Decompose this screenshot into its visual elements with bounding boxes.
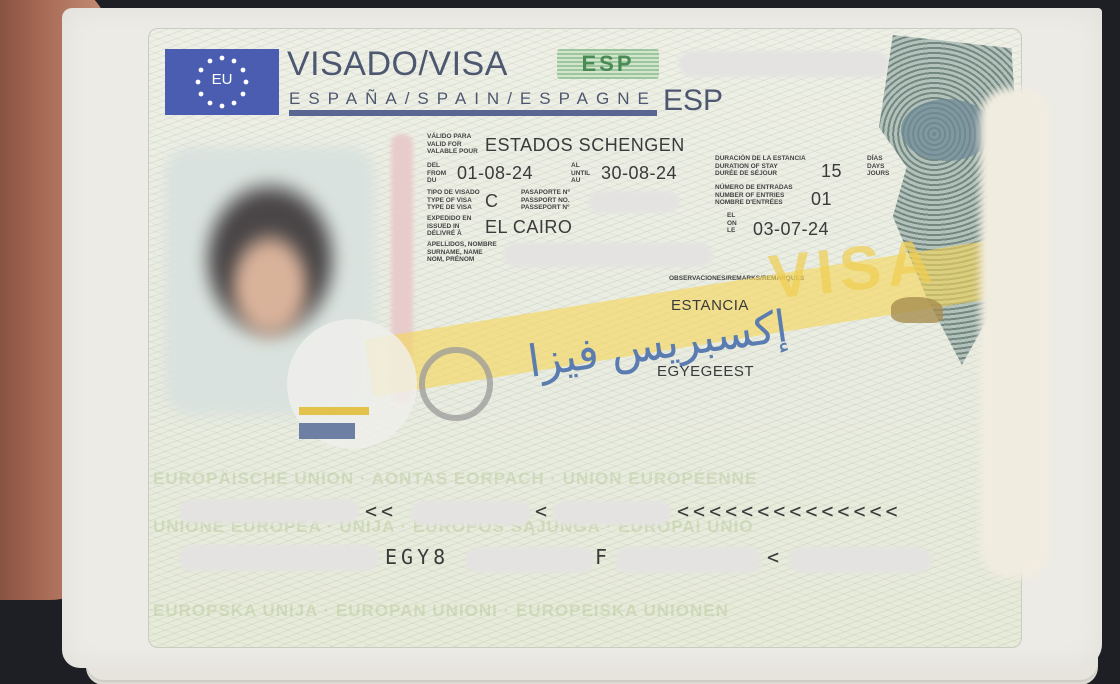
security-emblem-icon <box>419 347 493 421</box>
visa-sticker: EUROPÄISCHE UNION · AONTAS EORPACH · UNI… <box>148 28 1022 648</box>
redacted-mrz <box>553 501 671 525</box>
valid-for-label: VÁLIDO PARA VALID FOR VALABLE POUR <box>427 133 478 156</box>
until-value: 30-08-24 <box>601 163 677 184</box>
redacted-page-edge <box>980 88 1050 578</box>
remarks-line-2: EGYEGEEST <box>657 363 754 380</box>
redacted-holder-name <box>504 243 712 267</box>
redacted-mrz <box>179 499 359 523</box>
issued-in-value: EL CAIRO <box>485 217 572 238</box>
background-text-line: EUROPSKA UNIJA · EUROPAN UNIONI · EUROPE… <box>153 601 729 621</box>
name-label: APELLIDOS, NOMBRE SURNAME, NAME NOM, PRÉ… <box>427 241 497 264</box>
redacted-mrz <box>465 547 595 573</box>
duration-value: 15 <box>821 161 842 182</box>
visa-type-value: C <box>485 191 499 212</box>
entries-label: NÚMERO DE ENTRADAS NUMBER OF ENTRIES NOM… <box>715 184 793 207</box>
mrz-line-2-part: < <box>767 545 783 569</box>
redacted-mrz <box>615 547 761 573</box>
esp-hologram: ESP <box>557 49 659 79</box>
redacted-mrz <box>179 545 379 571</box>
redacted-passport-number <box>589 191 679 213</box>
background-text-line: EUROPÄISCHE UNION · AONTAS EORPACH · UNI… <box>153 469 757 489</box>
entries-value: 01 <box>811 189 832 210</box>
valid-for-value: ESTADOS SCHENGEN <box>485 135 685 156</box>
mrz-line-2-sex: F <box>595 545 611 569</box>
remarks-line-1: ESTANCIA <box>671 297 749 314</box>
mrz-line-1-part: < <box>535 499 551 523</box>
passport-label: PASAPORTE Nº PASSPORT No. PASSEPORT Nº <box>521 189 570 212</box>
redacted-visa-number <box>679 51 889 77</box>
watermark-logo-bar <box>299 407 369 415</box>
from-value: 01-08-24 <box>457 163 533 184</box>
country-code: ESP <box>663 84 723 118</box>
visa-type-label: TIPO DE VISADO TYPE OF VISA TYPE DE VISA <box>427 189 480 212</box>
mrz-line-2-nationality: EGY8 <box>385 545 449 569</box>
bull-emblem-icon <box>891 297 943 323</box>
redacted-mrz <box>411 501 531 525</box>
eu-label: EU <box>165 71 279 88</box>
eu-flag: EU <box>165 49 279 115</box>
mrz-line-1-fill: <<<<<<<<<<<<<< <box>677 499 902 523</box>
issued-in-label: EXPEDIDO EN ISSUED IN DÉLIVRÉ À <box>427 215 471 238</box>
issued-on-label: EL ON LE <box>727 212 737 235</box>
passport-page: EUROPÄISCHE UNION · AONTAS EORPACH · UNI… <box>62 8 1102 668</box>
days-label: DÍAS DAYS JOURS <box>867 155 889 178</box>
visa-title: VISADO/VISA <box>287 45 508 84</box>
visa-country: ESPAÑA/SPAIN/ESPAGNE <box>289 89 657 109</box>
redacted-mrz <box>789 547 931 573</box>
duration-label: DURACIÓN DE LA ESTANCIA DURATION OF STAY… <box>715 155 806 178</box>
watermark-logo-bar <box>299 423 355 439</box>
mrz-line-1-part: << <box>365 499 397 523</box>
from-label: DEL FROM DU <box>427 162 446 185</box>
until-label: AL UNTIL AU <box>571 162 590 185</box>
microprint-band <box>289 110 657 116</box>
